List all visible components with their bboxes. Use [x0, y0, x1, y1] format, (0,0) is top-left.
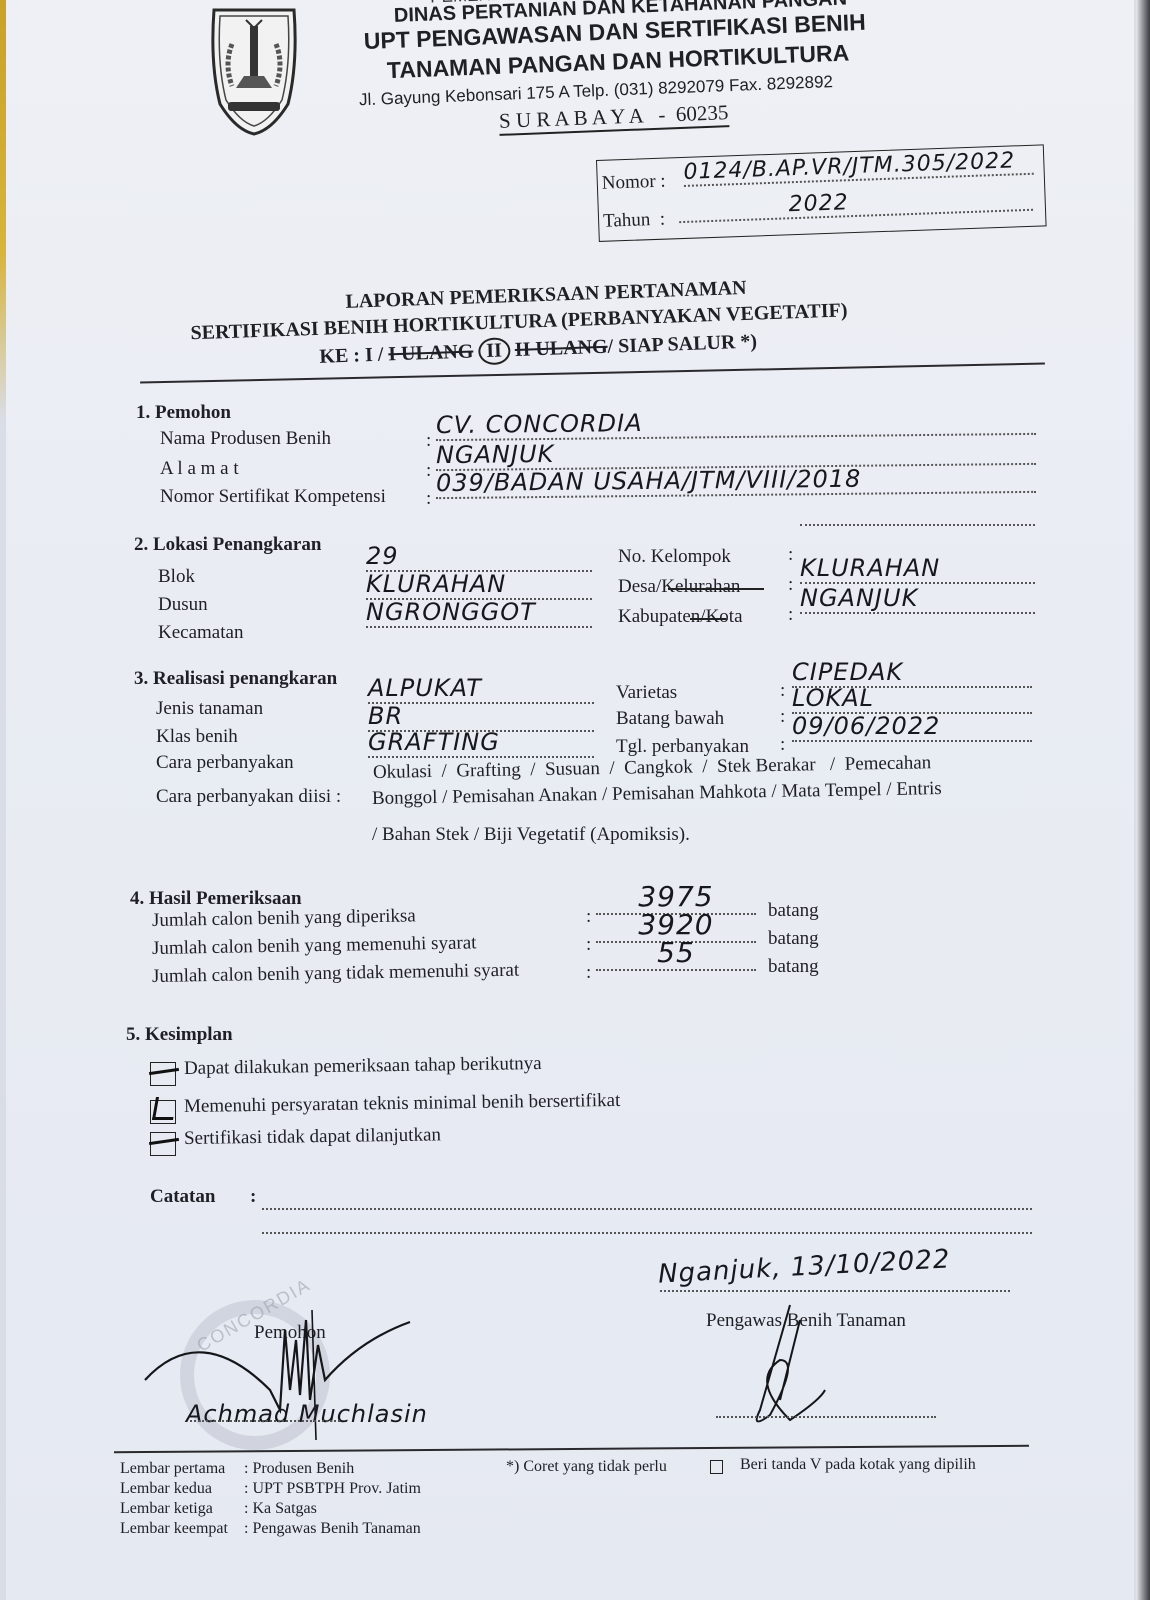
- realization-label: Tgl. perbanyakan: [616, 736, 749, 758]
- option-i-ulang-struck: I ULANG: [388, 340, 474, 365]
- result-unit: batang: [768, 928, 819, 950]
- field-label: Nama Produsen Benih: [160, 428, 331, 450]
- reference-box: Nomor : 0124/B.AP.VR/JTM.305/2022 Tahun …: [596, 144, 1047, 242]
- propagation-methods-line3: / Bahan Stek / Biji Vegetatif (Apomiksis…: [372, 824, 690, 846]
- realization-label: Jenis tanaman: [156, 698, 263, 720]
- distribution-label: Lembar keempat: [120, 1520, 228, 1538]
- field-colon: :: [788, 544, 793, 566]
- realization-label: Cara perbanyakan: [156, 752, 294, 774]
- realization-label: Varietas: [616, 682, 677, 704]
- catatan-line2[interactable]: [262, 1214, 1032, 1234]
- conclusion-checkbox[interactable]: [150, 1132, 176, 1156]
- location-value[interactable]: KLURAHAN: [366, 570, 592, 600]
- location-label: Kabupaten/Kota: [618, 606, 743, 628]
- conclusion-checkbox[interactable]: [150, 1100, 176, 1124]
- pengawas-name-line: [716, 1416, 936, 1418]
- strikethrough-mark: [690, 618, 726, 620]
- distribution-label: Lembar kedua: [120, 1480, 212, 1498]
- distribution-value: : Produsen Benih: [244, 1460, 354, 1478]
- pengawas-signature-icon: [730, 1300, 850, 1430]
- check-mark-icon: [152, 1097, 177, 1120]
- strikethrough-mark: [668, 588, 764, 590]
- conclusion-label: Sertifikasi tidak dapat dilanjutkan: [184, 1124, 441, 1150]
- note-strike: *) Coret yang tidak perlu: [506, 1458, 667, 1476]
- realization-label: Klas benih: [156, 726, 238, 748]
- option-ii-ulang-struck: II ULANG: [514, 336, 608, 361]
- location-value[interactable]: [800, 524, 1035, 526]
- result-unit: batang: [768, 956, 819, 978]
- field-colon: :: [788, 604, 793, 626]
- field-colon: :: [586, 906, 591, 928]
- tahun-value: 2022: [678, 184, 1033, 223]
- realization-value[interactable]: GRAFTING: [368, 728, 594, 758]
- pemohon-name: Achmad Muchlasin: [186, 1400, 428, 1428]
- distribution-value: : Pengawas Benih Tanaman: [244, 1520, 421, 1538]
- field-colon: :: [788, 574, 793, 596]
- location-label: Blok: [158, 566, 195, 588]
- result-value[interactable]: 55: [596, 936, 756, 971]
- nomor-label: Nomor :: [601, 171, 666, 195]
- section2-title: 2. Lokasi Penangkaran: [134, 534, 321, 556]
- location-value[interactable]: 29: [366, 542, 592, 572]
- strike-mark-icon: [149, 1138, 179, 1145]
- field-value[interactable]: 039/BADAN USAHA/JTM/VIII/2018: [436, 463, 1036, 499]
- location-value[interactable]: NGANJUK: [800, 584, 1035, 614]
- distribution-label: Lembar pertama: [120, 1460, 225, 1478]
- distribution-value: : UPT PSBTPH Prov. Jatim: [244, 1480, 421, 1498]
- option-ii-circled: II: [478, 337, 511, 365]
- cara-perbanyakan-diisi-label: Cara perbanyakan diisi :: [156, 786, 341, 808]
- field-label: A l a m a t: [160, 458, 239, 480]
- note-checkbox-icon: [710, 1460, 723, 1474]
- catatan-line1[interactable]: [262, 1190, 1032, 1210]
- pemohon-name-line: [190, 1420, 340, 1422]
- place-date-line: [660, 1290, 1010, 1292]
- location-label: Desa/Kelurahan: [618, 576, 740, 598]
- field-colon: :: [426, 460, 431, 482]
- conclusion-checkbox[interactable]: [150, 1062, 176, 1086]
- tahun-label: Tahun :: [603, 209, 666, 233]
- location-value[interactable]: KLURAHAN: [800, 554, 1035, 584]
- field-colon: :: [426, 430, 431, 452]
- field-colon: :: [780, 706, 785, 728]
- location-label: Kecamatan: [158, 622, 243, 644]
- east-java-coat-of-arms-icon: [206, 4, 302, 138]
- result-unit: batang: [768, 900, 819, 922]
- paper-shadow-edge: [1136, 0, 1150, 1600]
- location-label: No. Kelompok: [618, 546, 731, 568]
- location-label: Dusun: [158, 594, 208, 616]
- realization-value[interactable]: LOKAL: [792, 684, 1032, 714]
- distribution-label: Lembar ketiga: [120, 1500, 213, 1518]
- realization-label: Batang bawah: [616, 708, 724, 730]
- field-colon: :: [586, 934, 591, 956]
- field-colon: :: [426, 488, 431, 510]
- field-colon: :: [780, 734, 785, 756]
- catatan-colon: :: [250, 1186, 256, 1208]
- field-colon: :: [586, 962, 591, 984]
- section4-title: 4. Hasil Pemeriksaan: [130, 888, 302, 910]
- field-label: Nomor Sertifikat Kompetensi: [160, 486, 386, 508]
- location-value[interactable]: NGRONGGOT: [366, 598, 592, 628]
- strike-mark-icon: [149, 1068, 179, 1075]
- catatan-label: Catatan: [150, 1186, 215, 1208]
- realization-value[interactable]: ALPUKAT: [368, 674, 594, 704]
- section5-title: 5. Kesimplan: [126, 1024, 233, 1046]
- realization-value[interactable]: 09/06/2022: [792, 712, 1032, 742]
- distribution-value: : Ka Satgas: [244, 1500, 317, 1518]
- note-checkbox: Beri tanda V pada kotak yang dipilih: [740, 1456, 976, 1474]
- section3-title: 3. Realisasi penangkaran: [134, 668, 337, 690]
- field-colon: :: [780, 680, 785, 702]
- section1-title: 1. Pemohon: [136, 402, 231, 424]
- result-label: Jumlah calon benih yang diperiksa: [152, 905, 416, 932]
